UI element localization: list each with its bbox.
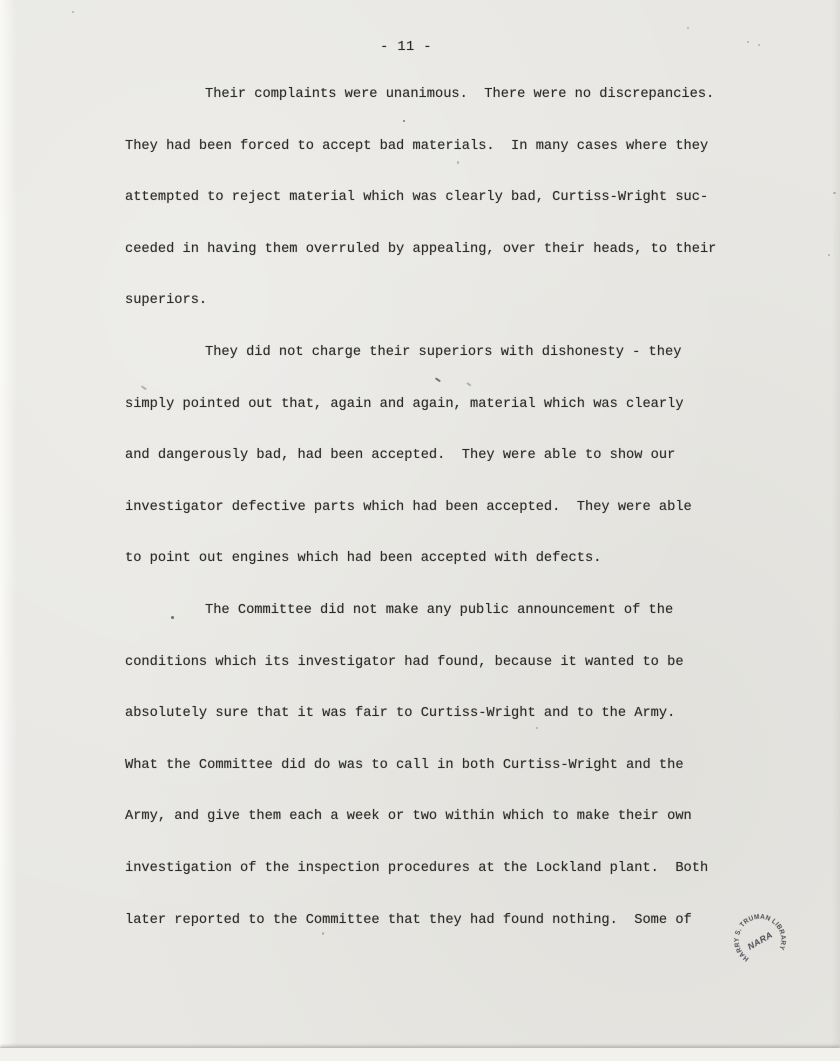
page-edge-left (0, 0, 17, 1047)
ink-speck (72, 11, 74, 13)
ink-speck (403, 120, 405, 122)
ink-speck (536, 727, 538, 729)
stray-period-mark (171, 616, 174, 619)
ink-speck (322, 932, 324, 935)
typed-line: investigator defective parts which had b… (125, 482, 765, 534)
typed-line: and dangerously bad, had been accepted. … (125, 430, 765, 482)
page-number: - 11 - (0, 40, 812, 55)
typed-line: conditions which its investigator had fo… (125, 637, 765, 689)
typed-line: to point out engines which had been acce… (125, 533, 765, 585)
typed-text-block: Their complaints were unanimous. There w… (125, 69, 765, 946)
typed-line: absolutely sure that it was fair to Curt… (125, 688, 765, 740)
truman-library-stamp: HARRY S. TRUMAN LIBRARY NARA (722, 902, 797, 977)
typed-line: They did not charge their superiors with… (125, 327, 765, 379)
typed-line: later reported to the Committee that the… (125, 895, 765, 947)
ink-speck (747, 41, 749, 43)
typed-line: investigation of the inspection procedur… (125, 843, 765, 895)
typed-line: The Committee did not make any public an… (125, 585, 765, 637)
page-edge-right (832, 0, 840, 1047)
typed-line: simply pointed out that, again and again… (125, 379, 765, 431)
typed-line: Army, and give them each a week or two w… (125, 791, 765, 843)
typed-line: attempted to reject material which was c… (125, 172, 765, 224)
ink-speck (833, 192, 836, 194)
ink-speck (457, 161, 459, 164)
stamp-center-text: NARA (746, 929, 775, 951)
ink-speck (687, 27, 689, 29)
typed-line: They had been forced to accept bad mater… (125, 121, 765, 173)
typed-line: ceeded in having them overruled by appea… (125, 224, 765, 276)
page-edge-bottom (0, 1048, 840, 1061)
ink-speck (828, 254, 830, 256)
document-scan: - 11 - Their complaints were unanimous. … (0, 0, 840, 1061)
typed-line: superiors. (125, 275, 765, 327)
typed-line: What the Committee did do was to call in… (125, 740, 765, 792)
ink-speck (758, 44, 760, 46)
typed-line: Their complaints were unanimous. There w… (125, 69, 765, 121)
